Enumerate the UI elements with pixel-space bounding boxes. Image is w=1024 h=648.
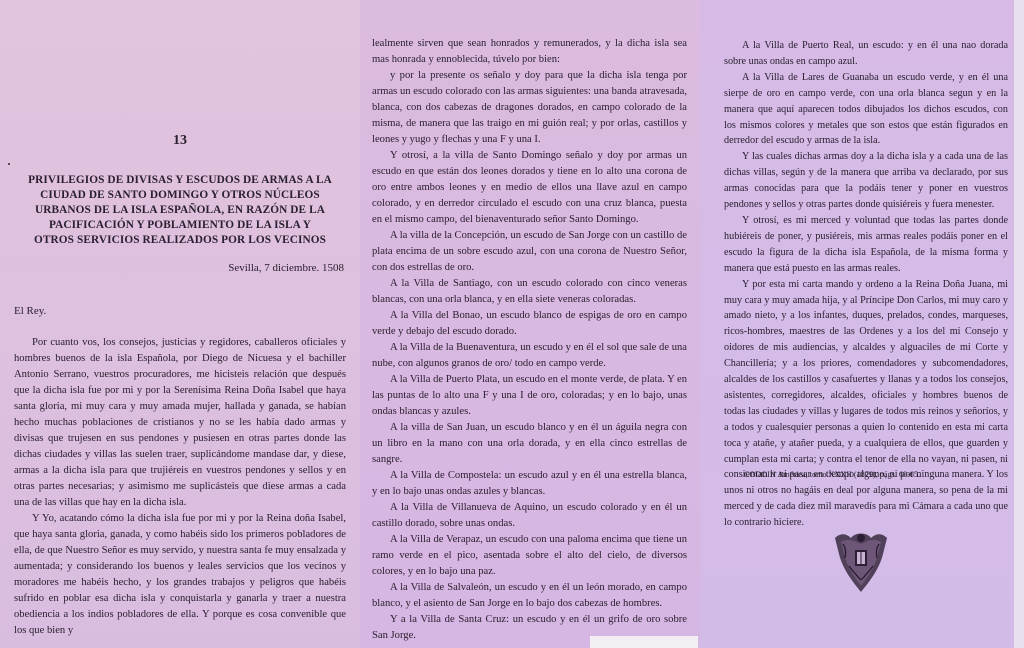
page-edge bbox=[1014, 0, 1024, 648]
paragraph: A la Villa de Compostela: un escudo azul… bbox=[372, 468, 687, 500]
chapter-number: 13 bbox=[0, 133, 360, 149]
paragraph: Y por esta mi carta mando y ordeno a la … bbox=[724, 277, 1008, 532]
heraldic-shield-icon bbox=[833, 530, 889, 594]
paragraph: A la Villa de Puerto Plata, un escudo en… bbox=[372, 372, 687, 420]
page-left: 13 PRIVILEGIOS DE DIVISAS Y ESCUDOS DE A… bbox=[0, 0, 360, 648]
title-line: PRIVILEGIOS DE DIVISAS Y ESCUDOS DE ARMA… bbox=[20, 173, 340, 188]
paragraph: A la Villa del Bonao, un escudo blanco d… bbox=[372, 308, 687, 340]
middle-column-text: lealmente sirven que sean honrados y rem… bbox=[372, 36, 687, 644]
paragraph: A la Villa de Verapaz, un escudo con una… bbox=[372, 532, 687, 580]
title-line: URBANOS DE LA ISLA ESPAÑOLA, EN RAZÓN DE… bbox=[20, 203, 340, 218]
source-citation: CODOIN América, tomo XXXII (1879), págs.… bbox=[744, 470, 920, 479]
paragraph: A la Villa de Santiago, con un escudo co… bbox=[372, 276, 687, 308]
document-title: PRIVILEGIOS DE DIVISAS Y ESCUDOS DE ARMA… bbox=[20, 173, 340, 248]
paragraph: A la villa de San Juan, un escudo blanco… bbox=[372, 420, 687, 468]
paragraph: A la Villa de la Buenaventura, un escudo… bbox=[372, 340, 687, 372]
paragraph: Por cuanto vos, los consejos, justicias … bbox=[14, 335, 346, 511]
left-column-text: Por cuanto vos, los consejos, justicias … bbox=[14, 335, 346, 639]
title-line: CIUDAD DE SANTO DOMINGO Y OTROS NÚCLEOS bbox=[20, 188, 340, 203]
paragraph: y por la presente os señalo y doy para q… bbox=[372, 68, 687, 148]
scan-gap bbox=[590, 636, 698, 648]
paragraph: A la Villa de Villanueva de Aquino, un e… bbox=[372, 500, 687, 532]
paragraph-continuation: lealmente sirven que sean honrados y rem… bbox=[372, 36, 687, 68]
paragraph: A la Villa de Lares de Guanaba un escudo… bbox=[724, 70, 1008, 150]
title-line: OTROS SERVICIOS REALIZADOS POR LOS VECIN… bbox=[20, 233, 340, 248]
dateline: Sevilla, 7 diciembre. 1508 bbox=[228, 262, 344, 274]
print-speck bbox=[8, 163, 10, 165]
paragraph: Y otrosí, es mi merced y voluntad que to… bbox=[724, 213, 1008, 277]
paragraph: A la villa de la Concepción, un escudo d… bbox=[372, 228, 687, 276]
paragraph: A la Villa de Salvaleón, un escudo y en … bbox=[372, 580, 687, 612]
salutation: El Rey. bbox=[14, 305, 46, 317]
paragraph: A la Villa de Puerto Real, un escudo: y … bbox=[724, 38, 1008, 70]
paragraph: Y Yo, acatando cómo la dicha isla fue po… bbox=[14, 511, 346, 639]
paragraph: Y otrosí, a la villa de Santo Domingo se… bbox=[372, 148, 687, 228]
right-column-text: A la Villa de Puerto Real, un escudo: y … bbox=[724, 38, 1008, 531]
paragraph: Y las cuales dichas armas doy a la dicha… bbox=[724, 149, 1008, 213]
page-middle: lealmente sirven que sean honrados y rem… bbox=[360, 0, 700, 648]
title-line: PACIFICACIÓN Y POBLAMIENTO DE LA ISLA Y bbox=[20, 218, 340, 233]
